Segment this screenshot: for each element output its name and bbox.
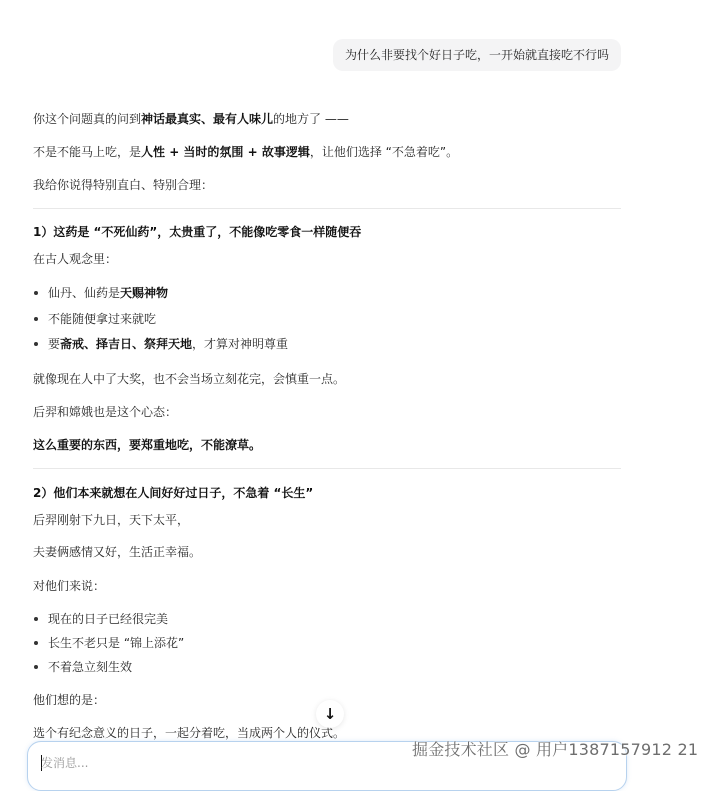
- section-1-conclusion: 这么重要的东西，要郑重地吃，不能潦草。: [33, 436, 261, 454]
- list-item: 现在的日子已经很完美: [48, 610, 168, 628]
- text-segment: 不能随便拿过来就吃: [48, 312, 156, 326]
- section-1-paragraph: 后羿和嫦娥也是这个心态：: [33, 403, 177, 421]
- section-2-heading: 2）他们本来就想在人间好好过日子，不急着 “长生”: [33, 484, 313, 502]
- bold-segment: 斋戒、择吉日、祭拜天地: [60, 337, 192, 351]
- user-message-text: 为什么非要找个好日子吃，一开始就直接吃不行吗: [345, 48, 609, 62]
- text-segment: 长生不老只是 “锦上添花”: [48, 636, 184, 650]
- section-1-heading: 1）这药是 “不死仙药”，太贵重了，不能像吃零食一样随便吞: [33, 223, 361, 241]
- arrow-down-icon: ↓: [324, 705, 337, 723]
- scroll-to-bottom-button[interactable]: ↓: [316, 700, 344, 728]
- bold-segment: 天赐神物: [120, 286, 168, 300]
- bullet-icon: [34, 641, 38, 645]
- section-2-paragraph: 夫妻俩感情又好，生活正幸福。: [33, 543, 201, 561]
- text-segment: 仙丹、仙药是: [48, 286, 120, 300]
- list-item: 不着急立刻生效: [48, 658, 132, 676]
- bullet-icon: [34, 342, 38, 346]
- bullet-icon: [34, 317, 38, 321]
- intro-paragraph-3: 我给你说得特别直白、特别合理：: [33, 176, 213, 194]
- bold-segment: 这么重要的东西，要郑重地吃，不能潦草。: [33, 438, 261, 452]
- section-2-lead: 对他们来说：: [33, 577, 105, 595]
- text-segment: ，让他们选择 “不急着吃”。: [310, 145, 458, 159]
- list-item: 不能随便拿过来就吃: [48, 310, 156, 328]
- text-segment: 我给你说得特别直白、特别合理：: [33, 178, 213, 192]
- user-message-bubble: 为什么非要找个好日子吃，一开始就直接吃不行吗: [333, 39, 621, 71]
- list-item: 长生不老只是 “锦上添花”: [48, 634, 184, 652]
- list-item: 仙丹、仙药是天赐神物: [48, 284, 168, 302]
- bullet-icon: [34, 617, 38, 621]
- bullet-icon: [34, 665, 38, 669]
- intro-paragraph-1: 你这个问题真的问到神话最真实、最有人味儿的地方了 ——: [33, 110, 349, 128]
- text-segment: 的地方了 ——: [273, 112, 349, 126]
- list-item: 要斋戒、择吉日、祭拜天地，才算对神明尊重: [48, 335, 288, 353]
- chat-view: 为什么非要找个好日子吃，一开始就直接吃不行吗 你这个问题真的问到神话最真实、最有…: [0, 0, 708, 776]
- divider: [33, 208, 621, 209]
- bold-segment: 神话最真实、最有人味儿: [141, 112, 273, 126]
- section-2-conclusion: 选个有纪念意义的日子，一起分着吃，当成两个人的仪式。: [33, 724, 345, 742]
- section-1-lead: 在古人观念里：: [33, 250, 117, 268]
- text-segment: 你这个问题真的问到: [33, 112, 141, 126]
- intro-paragraph-2: 不是不能马上吃，是人性 + 当时的氛围 + 故事逻辑，让他们选择 “不急着吃”。: [33, 143, 458, 161]
- bold-segment: 人性 + 当时的氛围 + 故事逻辑: [141, 145, 310, 159]
- text-segment: ，才算对神明尊重: [192, 337, 288, 351]
- watermark: 掘金技术社区 @ 用户1387157912 21: [412, 737, 698, 760]
- divider: [33, 468, 621, 469]
- bold-segment: 选个有纪念意义的日子，一起分着吃，当成两个人的仪式。: [33, 726, 345, 740]
- text-segment: 要: [48, 337, 60, 351]
- section-2-paragraph: 后羿刚射下九日，天下太平，: [33, 511, 189, 529]
- text-segment: 不是不能马上吃，是: [33, 145, 141, 159]
- text-segment: 现在的日子已经很完美: [48, 612, 168, 626]
- bullet-icon: [34, 291, 38, 295]
- section-2-paragraph: 他们想的是：: [33, 691, 105, 709]
- section-1-paragraph: 就像现在人中了大奖，也不会当场立刻花完，会慎重一点。: [33, 370, 345, 388]
- text-segment: 不着急立刻生效: [48, 660, 132, 674]
